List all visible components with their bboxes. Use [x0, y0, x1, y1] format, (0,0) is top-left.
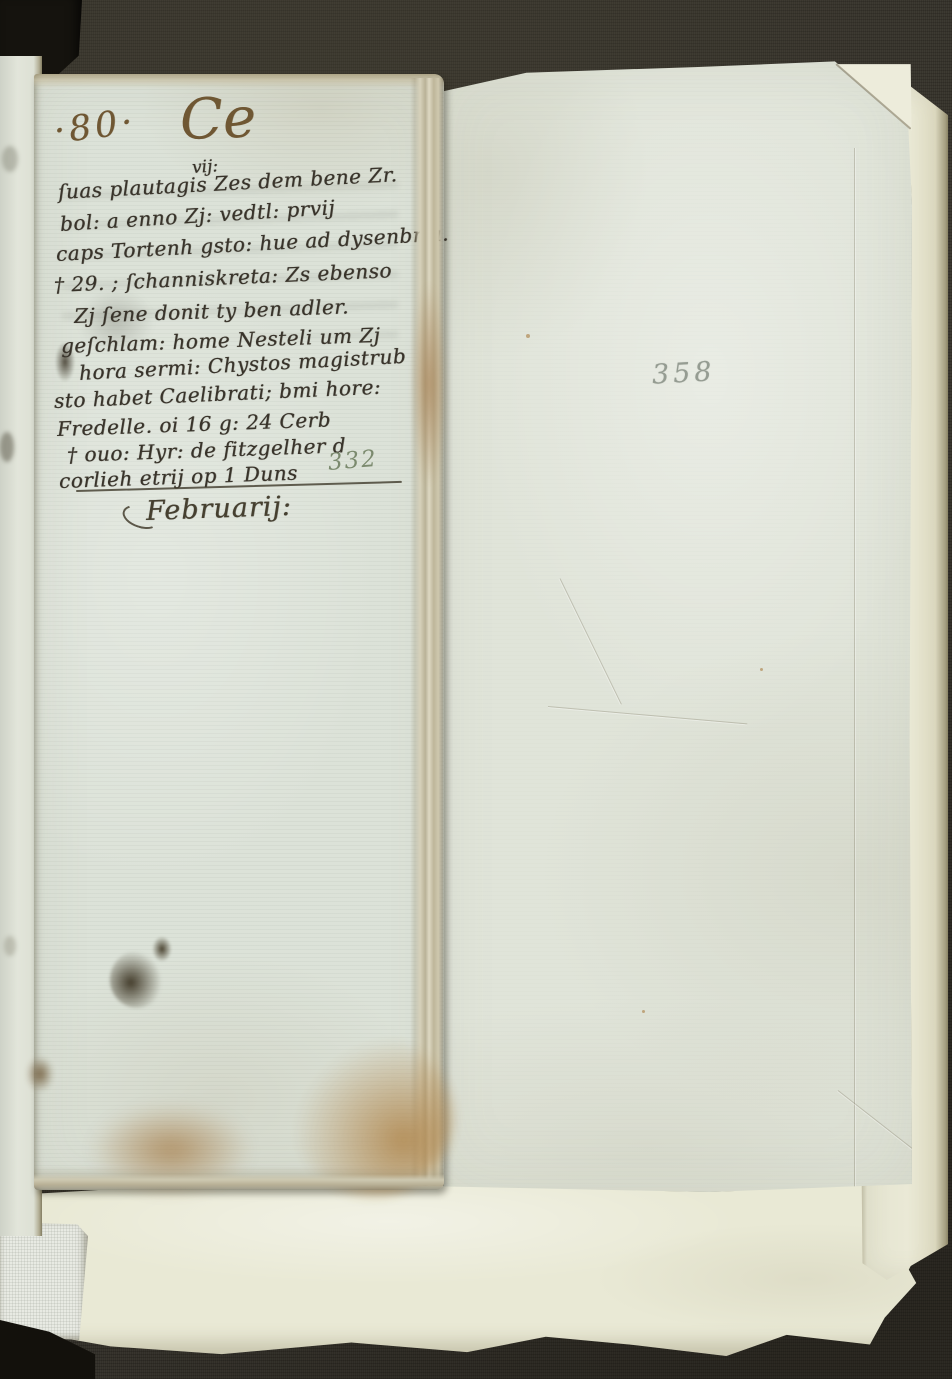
paper-crease [560, 578, 622, 704]
edge-stain-left [26, 1056, 54, 1092]
paper-speck [760, 668, 763, 671]
edge-stain-middle [412, 279, 446, 489]
gutter-smudge [2, 146, 18, 172]
heading-initial: Ce [179, 85, 257, 153]
archival-foliation-number: 332 [327, 446, 379, 476]
ink-blot-small [152, 936, 172, 962]
right-page-number: 358 [651, 356, 716, 390]
month-caption: Februarij: [145, 491, 292, 527]
right-page: 358 [430, 58, 912, 1192]
bottom-edge-stack [34, 1166, 444, 1190]
left-page: ·80· Ce vij: ſuas plautagis Zes dem bene… [34, 74, 444, 1190]
paper-crease [548, 706, 747, 724]
manuscript-scan: 358 ·80· Ce vij: ſuas plautagis Zes dem … [0, 0, 952, 1379]
page-edge-stack [410, 78, 444, 1186]
gutter-faint-mark [4, 936, 16, 956]
paper-speck [642, 1010, 645, 1013]
paper-speck [526, 334, 530, 338]
gutter-ink-mark [0, 432, 14, 462]
binding-cloth [0, 1222, 88, 1340]
paper-crease-vertical [854, 148, 855, 1208]
folio-number: ·80· [52, 102, 139, 152]
